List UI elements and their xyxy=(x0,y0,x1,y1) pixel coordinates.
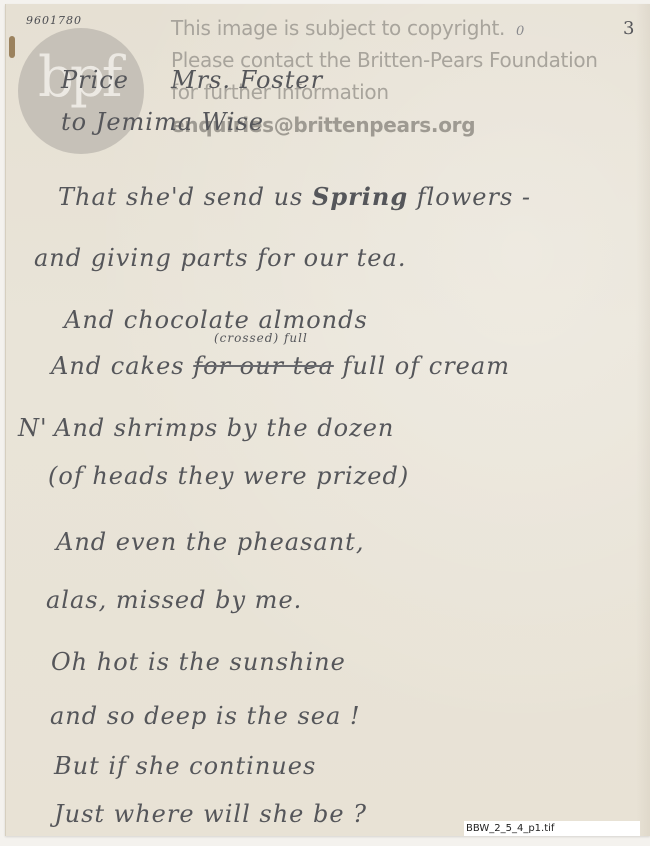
poem-line-6: (of heads they were prized) xyxy=(48,462,409,490)
header-line2: to Jemima Wise xyxy=(61,108,264,136)
insertion-above: (crossed) full xyxy=(214,331,308,345)
poem-line-11: But if she continues xyxy=(54,752,316,780)
poem-line-2: and giving parts for our tea. xyxy=(34,244,406,272)
poem-line-9: Oh hot is the sunshine xyxy=(51,648,346,676)
paper-stain xyxy=(9,36,15,58)
stray-mark: 0 xyxy=(516,24,525,39)
poem-line-8: alas, missed by me. xyxy=(46,586,302,614)
poem-line-4: And cakes for our tea full of cream xyxy=(51,352,510,380)
poem-line-5: And shrimps by the dozen xyxy=(54,414,394,442)
poem-line-7: And even the pheasant, xyxy=(56,528,364,556)
catalogue-number: 9601780 xyxy=(26,14,82,27)
poem-line-10: and so deep is the sea ! xyxy=(50,702,361,730)
header-recipient: Mrs. Foster xyxy=(171,66,323,94)
file-name-label: BBW_2_5_4_p1.tif xyxy=(464,821,640,836)
header-price: Price xyxy=(61,66,129,94)
struck-text: for our tea xyxy=(193,352,334,380)
poem-line-1: That she'd send us Spring flowers - xyxy=(58,182,531,211)
emphasized-word: Spring xyxy=(312,182,408,211)
manuscript-page: bpf This image is subject to copyright. … xyxy=(5,4,650,836)
watermark-copyright-line: This image is subject to copyright. xyxy=(171,16,505,40)
margin-mark: N' xyxy=(18,414,48,442)
poem-line-12: Just where will she be ? xyxy=(54,800,367,828)
poem-line-3: And chocolate almonds xyxy=(64,306,368,334)
page-number: 3 xyxy=(623,18,635,39)
